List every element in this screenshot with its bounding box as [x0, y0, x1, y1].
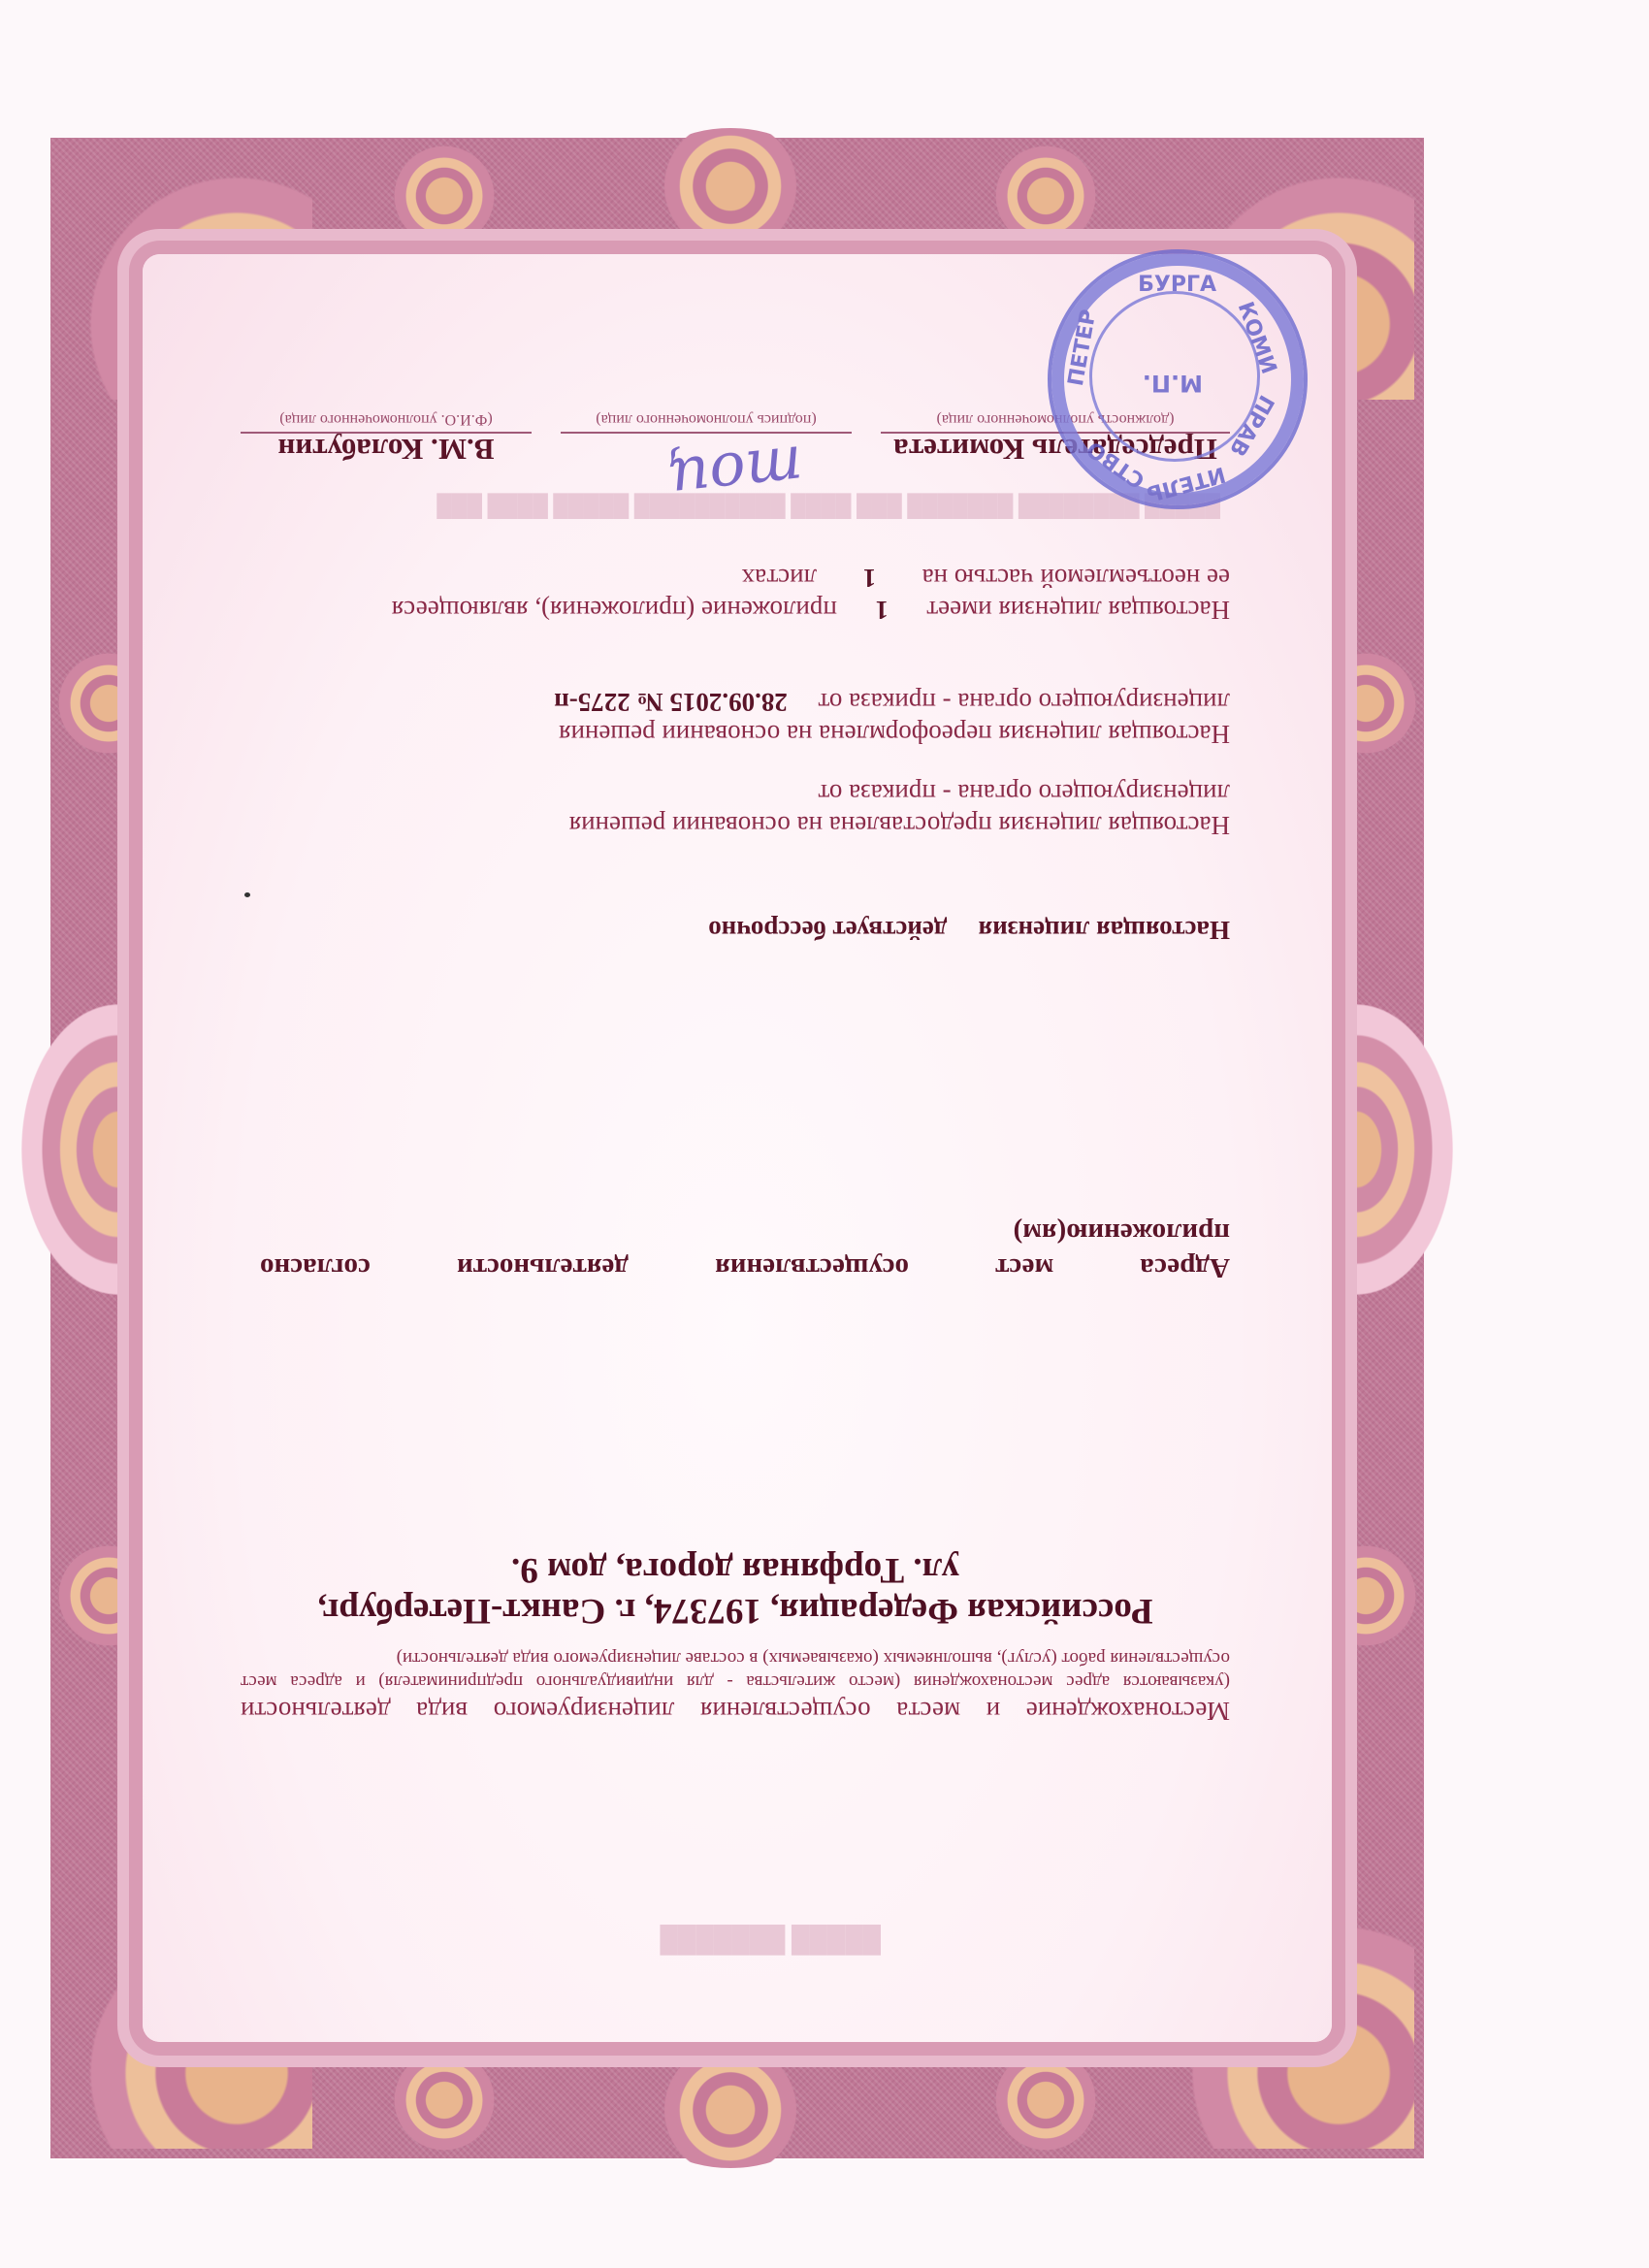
official-round-stamp: М.П. ПРАВ ИТЕЛЬ СТВО ПЕТЕР БУРГА КОМИ	[1048, 249, 1308, 509]
granted-block: Настоящая лицензия предоставлена на осно…	[241, 777, 1230, 841]
stamp-inner-text: М.П.	[1143, 370, 1203, 397]
bleed-through-text: █████ ████████ ███████ ███ ████ ████████…	[436, 494, 1220, 519]
appendix-block: Адреса мест осуществления деятельности с…	[241, 1215, 1230, 1285]
attachments-middle: приложение (приложения), являющееся	[392, 596, 837, 625]
border-ornament	[386, 138, 502, 254]
validity-value: действует бессрочно	[708, 916, 947, 945]
address-line-2: ул. Торфяная дорога, дом 9.	[241, 1549, 1230, 1590]
appendix-text: Адреса мест осуществления деятельности с…	[260, 1215, 1230, 1285]
order-number: 2275-п	[554, 688, 630, 717]
border-ornament	[638, 128, 823, 244]
location-heading: Местонахождение и места осуществления ли…	[241, 1695, 1230, 1727]
address-line-1: Российская Федерация, 197374, г. Санкт-П…	[241, 1590, 1230, 1631]
handwritten-signature: тоц	[664, 432, 806, 516]
name-caption: (Ф.И.О. уполномоченного лица)	[279, 410, 492, 428]
border-ornament	[386, 2042, 502, 2158]
reissued-line-2: лицензирующего органа - приказа от 28.09…	[241, 686, 1230, 718]
attachments-line-1: Настоящая лицензия имеет 1 приложение (п…	[241, 594, 1230, 626]
attachments-line-2: ее неотъемлемой частью на 1 листах	[241, 562, 1230, 594]
sheets-label: листах	[742, 564, 818, 593]
reissued-line-1: Настоящая лицензия переоформлена на осно…	[241, 718, 1230, 750]
signature-caption: (подпись уполномоченного лица)	[596, 410, 816, 428]
signature-line	[561, 432, 852, 434]
bleed-through-text: █████ ███████	[660, 1926, 881, 1955]
signatory-name: В.М. Колабутин	[278, 434, 495, 466]
granted-line-1: Настоящая лицензия предоставлена на осно…	[241, 809, 1230, 841]
name-line	[241, 432, 532, 434]
license-form-sheet: █████ ███████ Местонахождение и места ос…	[50, 138, 1424, 2158]
scan-speck	[244, 892, 250, 897]
border-ornament	[987, 2042, 1104, 2158]
location-hint: (указываются адрес местонахождения (мест…	[241, 1646, 1230, 1693]
sheets-count: 1	[863, 564, 877, 593]
reissued-block: Настоящая лицензия переоформлена на осно…	[241, 686, 1230, 750]
validity-label: Настоящая лицензия	[979, 916, 1230, 945]
attachments-prefix: Настоящая лицензия имеет	[926, 596, 1230, 625]
location-block: Местонахождение и места осуществления ли…	[241, 1549, 1230, 1727]
order-date: 28.09.2015	[669, 688, 788, 717]
border-ornament	[987, 138, 1104, 254]
attachments-block: Настоящая лицензия имеет 1 приложение (п…	[241, 562, 1230, 626]
reissued-prefix: лицензирующего органа - приказа от	[818, 688, 1230, 717]
border-ornament	[638, 2052, 823, 2168]
granted-line-2: лицензирующего органа - приказа от	[241, 777, 1230, 809]
attachments-count: 1	[875, 596, 889, 625]
attachments-line2-prefix: ее неотъемлемой частью на	[922, 564, 1230, 593]
order-number-label: №	[637, 688, 663, 717]
scanned-license-page: █████ ███████ Местонахождение и места ос…	[0, 0, 1649, 2268]
form-field-area	[143, 254, 1332, 2042]
validity-block: Настоящая лицензия действует бессрочно	[241, 914, 1230, 946]
